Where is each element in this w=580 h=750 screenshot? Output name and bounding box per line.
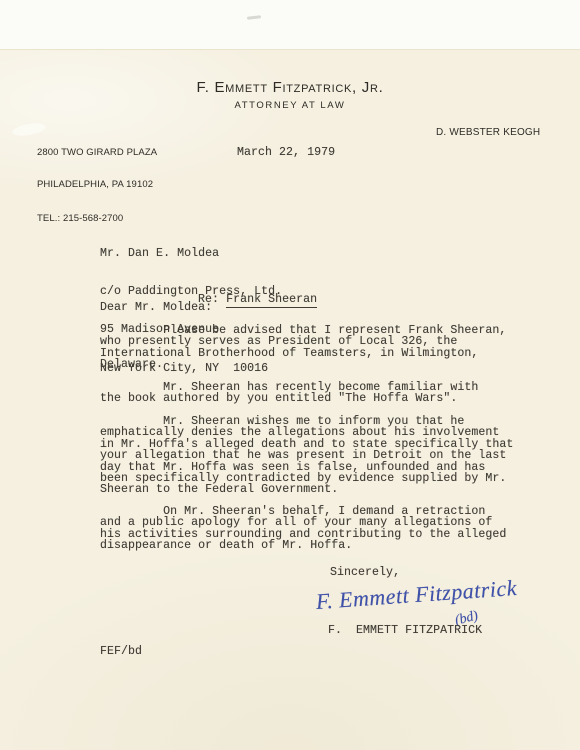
body-paragraph-3: Mr. Sheeran wishes me to inform you that… xyxy=(100,416,513,496)
body-paragraph-2: Mr. Sheeran has recently become familiar… xyxy=(100,382,478,405)
address-line-street: 2800 TWO GIRARD PLAZA xyxy=(37,148,157,159)
address-line-city: PHILADELPHIA, PA 19102 xyxy=(37,180,157,191)
letterhead-associate: D. WEBSTER KEOGH xyxy=(436,127,540,138)
typist-initials: FEF/bd xyxy=(100,645,142,658)
salutation: Dear Mr. Moldea: xyxy=(100,301,212,314)
scanned-letter: F. Emmett Fitzpatrick, Jr. ATTORNEY AT L… xyxy=(0,0,580,750)
body-paragraph-1: Please be advised that I represent Frank… xyxy=(100,325,506,371)
closing: Sincerely, xyxy=(330,566,400,579)
letter-date: March 22, 1979 xyxy=(237,146,335,159)
recipient-line: Mr. Dan E. Moldea xyxy=(100,248,282,261)
body-paragraph-4: On Mr. Sheeran's behalf, I demand a retr… xyxy=(100,506,506,552)
scan-speck xyxy=(247,15,261,19)
typed-signature-name: F. EMMETT FITZPATRICK xyxy=(328,624,482,637)
re-subject: Frank Sheeran xyxy=(226,293,317,308)
letterhead-title: ATTORNEY AT LAW xyxy=(0,100,580,111)
letterhead-name: F. Emmett Fitzpatrick, Jr. xyxy=(0,79,580,96)
